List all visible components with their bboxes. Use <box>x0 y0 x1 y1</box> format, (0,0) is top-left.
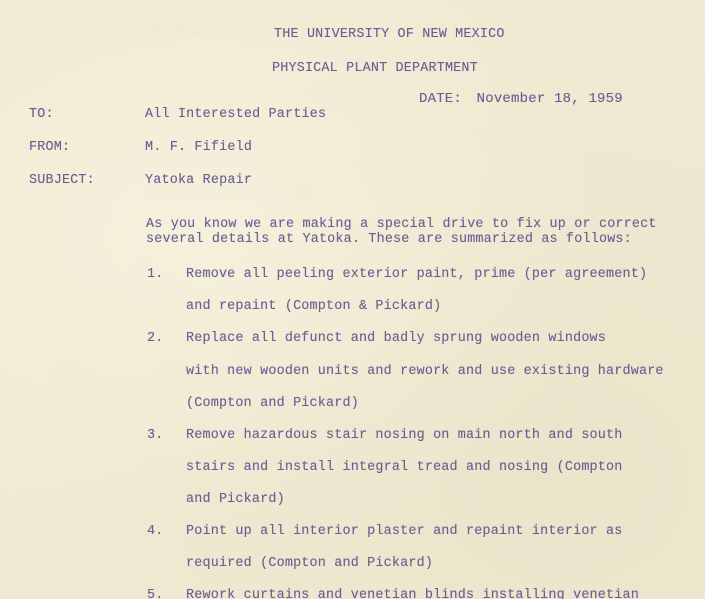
intro-line-1: As you know we are making a special driv… <box>146 218 657 232</box>
item-number: 1. <box>147 267 163 282</box>
item-line: Replace all defunct and badly sprung woo… <box>186 331 606 346</box>
item-line: Point up all interior plaster and repain… <box>186 524 623 539</box>
item-number: 2. <box>147 331 163 346</box>
item-line: Remove hazardous stair nosing on main no… <box>186 428 623 443</box>
item-number: 5. <box>147 588 163 599</box>
item-line: and Pickard) <box>186 492 285 507</box>
item-line: Rework curtains and venetian blinds inst… <box>186 588 639 599</box>
item-number: 3. <box>147 428 163 443</box>
from-value: M. F. Fifield <box>145 140 252 155</box>
bleed-through-text: ░░░░░░░░░░ <box>145 22 217 36</box>
from-label: FROM: <box>29 140 70 155</box>
item-number: 4. <box>147 524 163 539</box>
item-line: stairs and install integral tread and no… <box>186 460 623 475</box>
item-line: Remove all peeling exterior paint, prime… <box>186 267 647 282</box>
item-line: with new wooden units and rework and use… <box>186 364 664 379</box>
subject-label: SUBJECT: <box>29 173 95 188</box>
intro-line-2: several details at Yatoka. These are sum… <box>146 233 632 247</box>
department-heading: PHYSICAL PLANT DEPARTMENT <box>272 61 478 76</box>
date-line: DATE: November 18, 1959 <box>419 91 623 107</box>
item-line: and repaint (Compton & Pickard) <box>186 299 441 314</box>
item-line: required (Compton and Pickard) <box>186 556 433 571</box>
item-line: (Compton and Pickard) <box>186 396 359 411</box>
bleed-through-text: ░░░░░░░░░░░░░░░░░░░░░░░░ <box>145 186 318 200</box>
date-label: DATE: <box>419 91 462 107</box>
to-value: All Interested Parties <box>145 107 326 122</box>
to-label: TO: <box>29 107 54 122</box>
subject-value: Yatoka Repair <box>145 173 252 188</box>
institution-heading: THE UNIVERSITY OF NEW MEXICO <box>274 27 505 42</box>
date-value: November 18, 1959 <box>477 91 623 107</box>
